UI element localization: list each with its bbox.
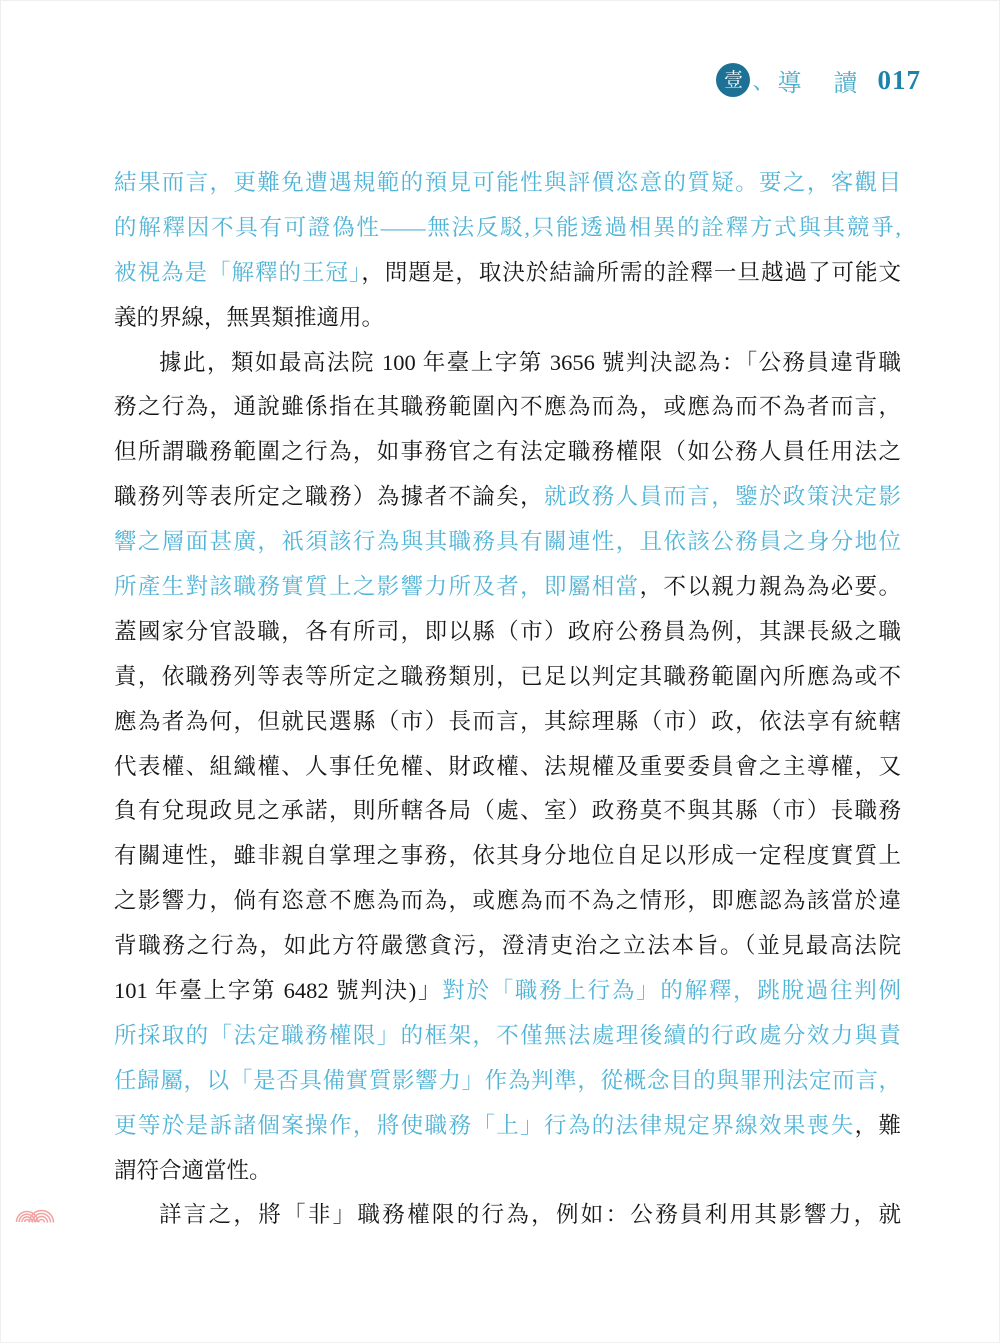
section-separator: 、 xyxy=(752,65,774,96)
text-segment: 結果而言，更難免遭遇規範的預見可能性與評價恣意的質疑。要之，客觀目 xyxy=(114,170,901,195)
text-line: 詳言之，將「非」職務權限的行為，例如：公務員利用其影響力，就 xyxy=(114,1193,901,1238)
rainbow-logo-icon xyxy=(13,1198,55,1226)
text-line: 責，依職務列等表等所定之職務類別，已足以判定其職務範圍內所應為或不 xyxy=(114,655,901,700)
text-line: 義的界線，無異類推適用。 xyxy=(114,296,901,341)
text-segment: ，難 xyxy=(855,1113,901,1138)
text-segment: 就政務人員而言，鑒於政策決定影 xyxy=(544,484,901,509)
text-segment: 的解釋因不具有可證偽性——無法反駁,只能透過相異的詮釋方式與其競爭, xyxy=(114,215,901,240)
text-line: 所產生對該職務實質上之影響力所及者，即屬相當，不以親力親為為必要。 xyxy=(114,565,901,610)
text-segment: 但所謂職務範圍之行為，如事務官之有法定職務權限（如公務人員任用法之 xyxy=(114,439,901,464)
text-line: 背職務之行為，如此方符嚴懲貪污，澄清吏治之立法本旨。（並見最高法院 xyxy=(114,924,901,969)
text-segment: 對於「職務上行為」的解釋，跳脫過往判例 xyxy=(442,978,901,1003)
text-line: 響之層面甚廣，祇須該行為與其職務具有關連性，且依該公務員之身分地位 xyxy=(114,520,901,565)
text-line: 負有兌現政見之承諾，則所轄各局（處、室）政務莫不與其縣（市）長職務 xyxy=(114,789,901,834)
text-segment: 任歸屬，以「是否具備實質影響力」作為判準，從概念目的與罪刑法定而言， xyxy=(114,1068,901,1093)
text-segment: 年臺上字第 xyxy=(416,350,550,375)
section-title: 導 讀 xyxy=(778,63,871,98)
text-segment: 年臺上字第 xyxy=(148,978,284,1003)
text-line: 任歸屬，以「是否具備實質影響力」作為判準，從概念目的與罪刑法定而言， xyxy=(114,1059,901,1104)
text-line: 職務列等表所定之職務）為據者不論矣，就政務人員而言，鑒於政策決定影 xyxy=(114,475,901,520)
text-line: 據此，類如最高法院 100 年臺上字第 3656 號判決認為：「公務員違背職 xyxy=(114,341,901,386)
text-segment: 職務列等表所定之職務）為據者不論矣， xyxy=(114,484,544,509)
text-segment: 所產生對該職務實質上之影響力所及者，即屬相當 xyxy=(114,574,640,599)
text-line: 有關連性，雖非親自掌理之事務，依其身分地位自足以形成一定程度實質上 xyxy=(114,834,901,879)
page-number: 017 xyxy=(878,65,922,96)
text-segment: 號判決)」 xyxy=(329,978,443,1003)
text-segment: 謂符合適當性。 xyxy=(114,1158,272,1183)
text-line: 謂符合適當性。 xyxy=(114,1149,901,1194)
text-line: 被視為是「解釋的王冠」，問題是，取決於結論所需的詮釋一旦越過了可能文 xyxy=(114,251,901,296)
text-line: 所採取的「法定職務權限」的框架，不僅無法處理後續的行政處分效力與責 xyxy=(114,1014,901,1059)
text-segment: 蓋國家分官設職，各有所司，即以縣（市）政府公務員為例，其課長級之職 xyxy=(114,619,901,644)
text-segment: 101 xyxy=(114,978,148,1003)
text-segment: 更等於是訴諸個案操作，將使職務「上」行為的法律規定界線效果喪失 xyxy=(114,1113,855,1138)
text-segment: 有關連性，雖非親自掌理之事務，依其身分地位自足以形成一定程度實質上 xyxy=(114,843,901,868)
text-segment: 號判決認為：「公務員違背職 xyxy=(595,350,901,375)
text-segment: 背職務之行為，如此方符嚴懲貪污，澄清吏治之立法本旨。（並見最高法院 xyxy=(114,933,901,958)
section-badge-char: 壹 xyxy=(724,71,743,90)
text-line: 但所謂職務範圍之行為，如事務官之有法定職務權限（如公務人員任用法之 xyxy=(114,430,901,475)
text-segment: 詳言之，將「非」職務權限的行為，例如：公務員利用其影響力，就 xyxy=(159,1202,901,1227)
text-line: 的解釋因不具有可證偽性——無法反駁,只能透過相異的詮釋方式與其競爭, xyxy=(114,206,901,251)
text-segment: ，問題是，取決於結論所需的詮釋一旦越過了可能文 xyxy=(361,260,901,285)
text-line: 代表權、組織權、人事任免權、財政權、法規權及重要委員會之主導權，又 xyxy=(114,745,901,790)
body-text: 結果而言，更難免遭遇規範的預見可能性與評價恣意的質疑。要之，客觀目的解釋因不具有… xyxy=(114,161,901,1238)
text-line: 應為者為何，但就民選縣（市）長而言，其綜理縣（市）政，依法享有統轄 xyxy=(114,700,901,745)
text-segment: 責，依職務列等表等所定之職務類別，已足以判定其職務範圍內所應為或不 xyxy=(114,664,901,689)
page-header: 壹 、 導 讀 017 xyxy=(716,62,921,98)
text-segment: 義的界線，無異類推適用。 xyxy=(114,305,384,330)
text-segment: 被視為是「解釋的王冠」 xyxy=(114,260,361,285)
text-segment: ，不以親力親為為必要。 xyxy=(640,574,901,599)
text-segment: 100 xyxy=(382,350,416,375)
text-segment: 6482 xyxy=(284,978,329,1003)
text-line: 101 年臺上字第 6482 號判決)」對於「職務上行為」的解釋，跳脫過往判例 xyxy=(114,969,901,1014)
text-segment: 之影響力，倘有恣意不應為而為，或應為而不為之情形，即應認為該當於違 xyxy=(114,888,901,913)
text-line: 務之行為，通說雖係指在其職務範圍內不應為而為，或應為而不為者而言， xyxy=(114,385,901,430)
text-segment: 響之層面甚廣，祇須該行為與其職務具有關連性，且依該公務員之身分地位 xyxy=(114,529,901,554)
text-line: 結果而言，更難免遭遇規範的預見可能性與評價恣意的質疑。要之，客觀目 xyxy=(114,161,901,206)
text-line: 更等於是訴諸個案操作，將使職務「上」行為的法律規定界線效果喪失，難 xyxy=(114,1104,901,1149)
section-badge: 壹 xyxy=(716,63,750,97)
text-segment: 應為者為何，但就民選縣（市）長而言，其綜理縣（市）政，依法享有統轄 xyxy=(114,709,901,734)
book-page: 壹 、 導 讀 017 結果而言，更難免遭遇規範的預見可能性與評價恣意的質疑。要… xyxy=(0,0,1000,1343)
text-line: 之影響力，倘有恣意不應為而為，或應為而不為之情形，即應認為該當於違 xyxy=(114,879,901,924)
text-segment: 負有兌現政見之承諾，則所轄各局（處、室）政務莫不與其縣（市）長職務 xyxy=(114,798,901,823)
text-segment: 務之行為，通說雖係指在其職務範圍內不應為而為，或應為而不為者而言， xyxy=(114,394,901,419)
text-segment: 3656 xyxy=(550,350,595,375)
text-segment: 代表權、組織權、人事任免權、財政權、法規權及重要委員會之主導權，又 xyxy=(114,754,901,779)
text-segment: 所採取的「法定職務權限」的框架，不僅無法處理後續的行政處分效力與責 xyxy=(114,1023,901,1048)
text-line: 蓋國家分官設職，各有所司，即以縣（市）政府公務員為例，其課長級之職 xyxy=(114,610,901,655)
text-segment: 據此，類如最高法院 xyxy=(159,350,382,375)
